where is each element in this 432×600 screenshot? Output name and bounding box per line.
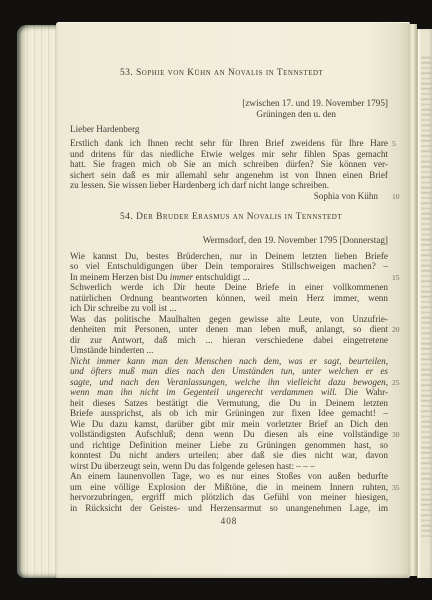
letter-line-text: Briefe aussprichst, als ob ich mir Grüni…: [70, 408, 388, 418]
letter-line-text: Die Wahr-: [337, 387, 388, 397]
letter-53-place-line: Grüningen den u. den: [70, 109, 388, 120]
letter-line: ich Dir schreibe zu voll ist ...: [70, 303, 388, 314]
letter-line-text: so viel Entschuldigungen über Dein tempo…: [70, 261, 388, 271]
page-number: 408: [70, 516, 388, 527]
letter-line-text: und dritens für das niedliche Etwie welg…: [70, 149, 388, 159]
letter-53-signature-row: Sophia von Kühn 10: [70, 191, 388, 202]
book-scan: 53. Sophie von Kühn an Novalis in Tennst…: [0, 0, 432, 600]
letter-53-salutation: Lieber Hardenberg: [70, 124, 388, 135]
letter-line-text: konntest Du nicht anders urteilen; aber …: [70, 450, 388, 460]
letter-line-text: In meinem Herzen bist Du: [70, 272, 170, 282]
margin-line-number: 25: [392, 378, 406, 389]
letter-line: heit dieses Satzes bestätigt die Vermutu…: [70, 398, 388, 409]
margin-line-number: 30: [392, 430, 406, 441]
letter-line-text: hervorzubringen, ergriff mich plötzlich …: [70, 492, 388, 502]
letter-line-text: entschuldigt ...: [193, 272, 249, 282]
letter-line-text: heit dieses Satzes bestätigt die Vermutu…: [70, 398, 388, 408]
letter-line: denheiten mit Personen, unter denen man …: [70, 324, 388, 335]
letter-line: Erstlich dank ich Ihnen recht sehr für I…: [70, 138, 388, 149]
letter-53: 53. Sophie von Kühn an Novalis in Tennst…: [70, 68, 388, 201]
letter-line: sichert sein daß es mir allemahl sehr an…: [70, 170, 388, 181]
letter-line: sagte, und nach den Veranlassungen, welc…: [70, 377, 388, 388]
letter-line-text: wirst Du überzeugt sein, wenn Du das fol…: [70, 461, 315, 471]
margin-line-number: 15: [392, 273, 406, 284]
letter-53-body: Erstlich dank ich Ihnen recht sehr für I…: [70, 138, 388, 191]
letter-line-text: Erstlich dank ich Ihnen recht sehr für I…: [70, 138, 388, 148]
letter-53-signature: Sophia von Kühn: [314, 191, 378, 201]
letter-line: um eine völlige Explosion der Mißtöne, d…: [70, 482, 388, 493]
letter-line: und öfters muß man dies nach den Umständ…: [70, 366, 388, 377]
letter-line-text: wenn man ihn nicht im Gegenteil ungerech…: [70, 387, 337, 397]
letter-line-text: ich Dir schreibe zu voll ist ...: [70, 303, 176, 313]
letter-line: konntest Du nicht anders urteilen; aber …: [70, 450, 388, 461]
letter-54-heading: 54. Der Bruder Erasmus an Novalis in Ten…: [120, 212, 388, 223]
letter-line-text: sichert sein daß es mir allemahl sehr an…: [70, 170, 388, 180]
left-page-edges: [17, 25, 58, 578]
letter-line: Wie Du dazu kamst, darüber gibt mir mein…: [70, 419, 388, 430]
letter-line: hatt. Sie fragen mich ob Sie an mich sch…: [70, 159, 388, 170]
letter-line-text: Nicht immer kann man den Menschen nach d…: [70, 356, 388, 366]
letter-line: dir zur Antwort, daß mich ... hieran ver…: [70, 335, 388, 346]
letter-line: Schwerlich werde ich Dir heute Deine Bri…: [70, 282, 388, 293]
letter-line-text: in Rücksicht der Geistes- und Herzensarm…: [70, 503, 388, 513]
letter-line-text: sagte, und nach den Veranlassungen, welc…: [70, 377, 388, 387]
book-page: 53. Sophie von Kühn an Novalis in Tennst…: [56, 22, 410, 578]
letter-line-text: immer: [170, 272, 193, 282]
letter-line-text: zu lessen. Sie wissen lieber Hardenberg …: [70, 180, 329, 190]
letter-line: natürlichen Ordnung beantworten können, …: [70, 293, 388, 304]
letter-line: so viel Entschuldigungen über Dein tempo…: [70, 261, 388, 272]
letter-line: zu lessen. Sie wissen lieber Hardenberg …: [70, 180, 388, 191]
letter-line-text: um eine völlige Explosion der Mißtöne, d…: [70, 482, 388, 492]
letter-line: wenn man ihn nicht im Gegenteil ungerech…: [70, 387, 388, 398]
letter-line-text: und öfters muß man dies nach den Umständ…: [70, 366, 388, 376]
gutter-crease: [409, 24, 417, 576]
letter-54-body: Wie kannst Du, bestes Brüderchen, nur in…: [70, 251, 388, 514]
letter-line-text: An einem launenvollen Tage, wo es nur ei…: [70, 471, 388, 481]
letter-line: An einem launenvollen Tage, wo es nur ei…: [70, 471, 388, 482]
letter-line: hervorzubringen, ergriff mich plötzlich …: [70, 492, 388, 503]
letter-line: Umstände hinderten ...: [70, 345, 388, 356]
margin-line-number: 35: [392, 483, 406, 494]
page-content: 53. Sophie von Kühn an Novalis in Tennst…: [70, 68, 388, 527]
letter-54-date-line: Wermsdorf, den 19. November 1795 [Donner…: [70, 235, 388, 246]
letter-line: und dritens für das niedliche Etwie welg…: [70, 149, 388, 160]
letter-line: und richtige Definition meiner Liebe zu …: [70, 440, 388, 451]
letter-line-text: Umstände hinderten ...: [70, 345, 153, 355]
letter-line-text: vollständigsten Aufschluß; denn wenn Du …: [70, 429, 388, 439]
letter-line: wirst Du überzeugt sein, wenn Du das fol…: [70, 461, 388, 472]
letter-line-text: Schwerlich werde ich Dir heute Deine Bri…: [70, 282, 388, 292]
letter-line: Briefe aussprichst, als ob ich mir Grüni…: [70, 408, 388, 419]
letter-line-text: und richtige Definition meiner Liebe zu …: [70, 440, 388, 450]
letter-line-text: hatt. Sie fragen mich ob Sie an mich sch…: [70, 159, 388, 169]
letter-line: Wie kannst Du, bestes Brüderchen, nur in…: [70, 251, 388, 262]
letter-line: In meinem Herzen bist Du immer entschuld…: [70, 272, 388, 283]
letter-line-text: dir zur Antwort, daß mich ... hieran ver…: [70, 335, 388, 345]
letter-line-text: Wie Du dazu kamst, darüber gibt mir mein…: [70, 419, 388, 429]
letter-line-text: natürlichen Ordnung beantworten können, …: [70, 293, 388, 303]
letter-53-dateblock: [zwischen 17. und 19. November 1795] Grü…: [70, 98, 388, 120]
letter-line: vollständigsten Aufschluß; denn wenn Du …: [70, 429, 388, 440]
letter-line-text: Was das politische Maulhalten gegen gewi…: [70, 314, 388, 324]
letter-line: in Rücksicht der Geistes- und Herzensarm…: [70, 503, 388, 514]
letter-line-text: denheiten mit Personen, unter denen man …: [70, 324, 388, 334]
letter-line: Nicht immer kann man den Menschen nach d…: [70, 356, 388, 367]
letter-54: 54. Der Bruder Erasmus an Novalis in Ten…: [70, 212, 388, 513]
facing-page-edge: [417, 29, 432, 578]
margin-line-number: 10: [392, 192, 406, 203]
margin-line-number: 5: [392, 139, 406, 150]
letter-line: Was das politische Maulhalten gegen gewi…: [70, 314, 388, 325]
letter-54-dateblock: Wermsdorf, den 19. November 1795 [Donner…: [70, 235, 388, 246]
letter-line-text: Wie kannst Du, bestes Brüderchen, nur in…: [70, 251, 388, 261]
margin-line-number: 20: [392, 325, 406, 336]
letter-53-heading: 53. Sophie von Kühn an Novalis in Tennst…: [120, 68, 388, 79]
letter-53-date-line: [zwischen 17. und 19. November 1795]: [70, 98, 388, 109]
